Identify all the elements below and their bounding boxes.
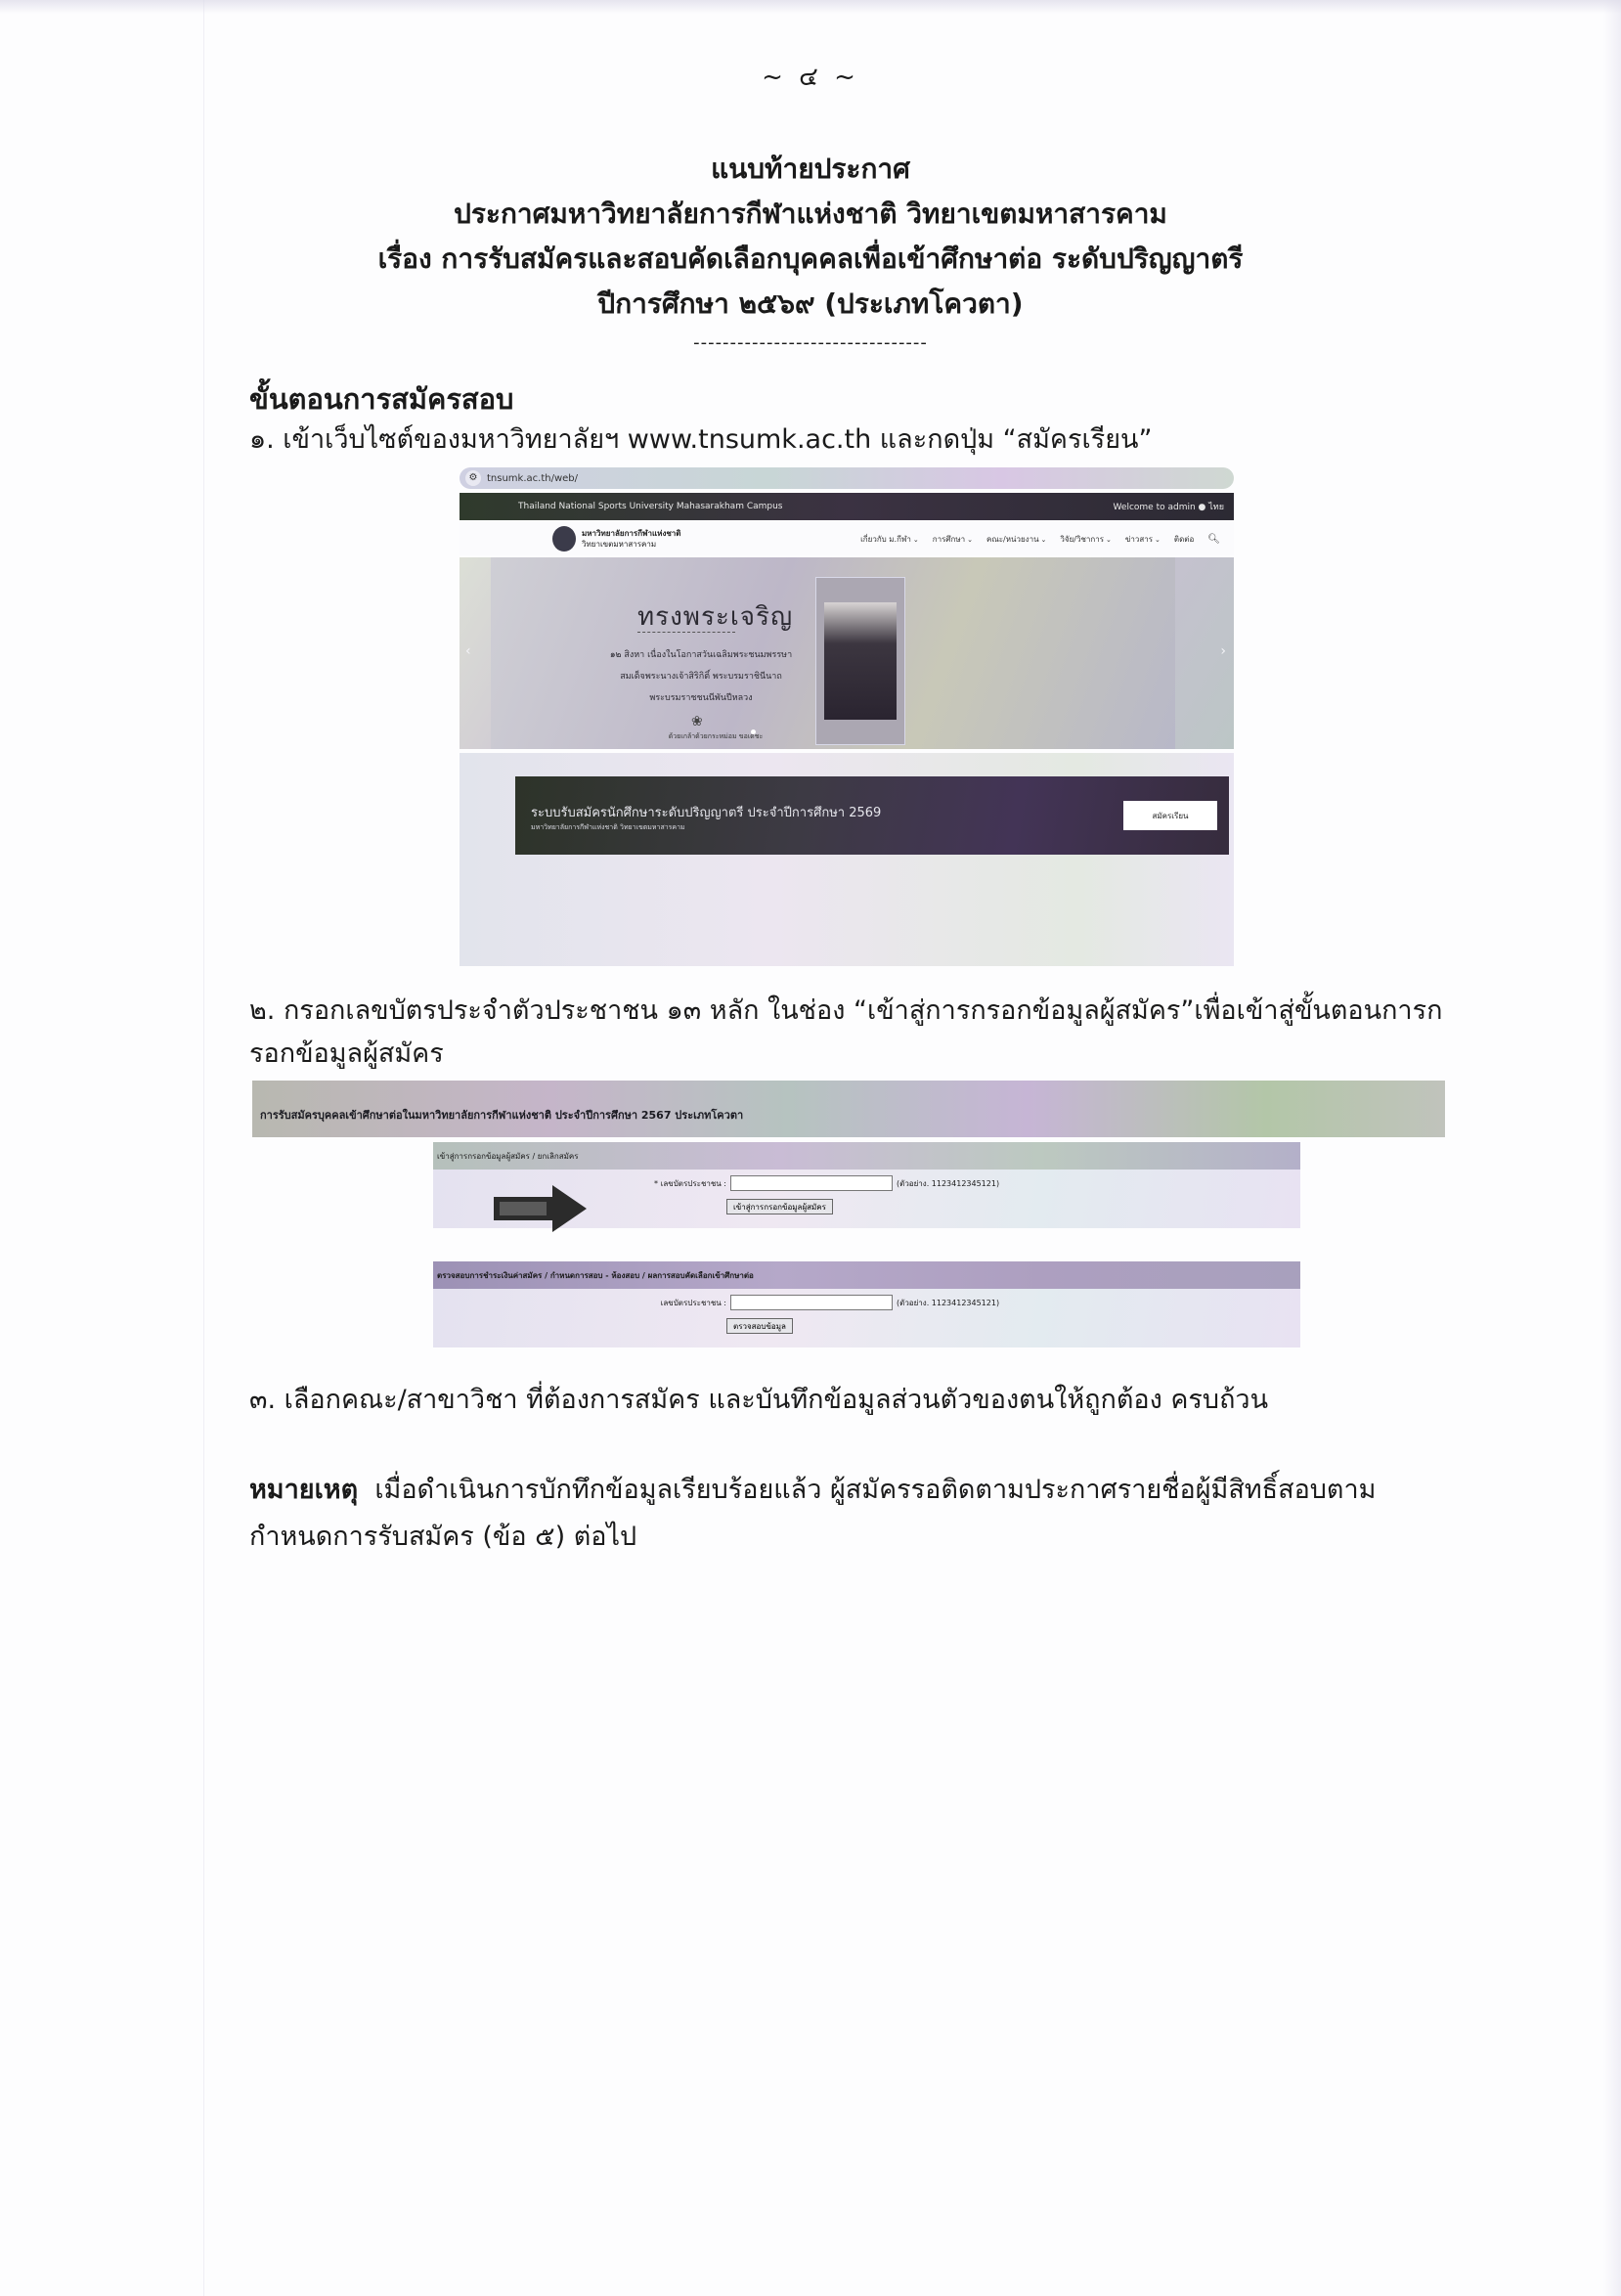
heading-announcement: ประกาศมหาวิทยาลัยการกีฬาแห่งชาติ วิทยาเข… (0, 192, 1621, 237)
portrait-image (824, 602, 897, 720)
site-settings-icon[interactable]: ⚙ (465, 470, 481, 486)
apply-banner: ระบบรับสมัครนักศึกษาระดับปริญญาตรี ประจำ… (515, 776, 1229, 855)
chevron-down-icon: ⌄ (1106, 536, 1112, 544)
national-id-input[interactable] (730, 1175, 893, 1191)
browser-url-bar[interactable]: ⚙ tnsumk.ac.th/web/ (460, 467, 1234, 489)
id-example: (ตัวอย่าง. 1123412345121) (897, 1177, 999, 1190)
heading-attachment: แนบท้ายประกาศ (0, 147, 1621, 192)
heading-subject: เรื่อง การรับสมัครและสอบคัดเลือกบุคคลเพื… (0, 237, 1621, 282)
hero-divider (637, 632, 735, 633)
hero-carousel: ทรงพระเจริญ ๑๒ สิงหา เนื่องในโอกาสวันเฉล… (460, 557, 1234, 749)
apply-subtitle: มหาวิทยาลัยการกีฬาแห่งชาติ วิทยาเขตมหาสา… (531, 822, 685, 833)
apply-button[interactable]: สมัครเรียน (1123, 801, 1217, 830)
chevron-down-icon: ⌄ (1041, 536, 1047, 544)
language-switch[interactable]: ไทย (1208, 503, 1224, 512)
apply-title: ระบบรับสมัครนักศึกษาระดับปริญญาตรี ประจำ… (531, 802, 881, 822)
step-3: ๓. เลือกคณะ/สาขาวิชา ที่ต้องการสมัคร และ… (249, 1379, 1462, 1422)
hero-signature: ด้วยเกล้าด้วยกระหม่อม ขอเดชะ (618, 731, 813, 742)
page-number: ~ ๔ ~ (0, 57, 1621, 97)
panel-a-header: เข้าสู่การกรอกข้อมูลผู้สมัคร / ยกเลิกสมั… (433, 1142, 1300, 1170)
arrow-right-icon (494, 1185, 587, 1232)
welcome-area: Welcome to admin ● ไทย (1114, 500, 1224, 513)
brand-line2: วิทยาเขตมหาสารคาม (582, 539, 680, 550)
hero-title: ทรงพระเจริญ (637, 596, 793, 637)
chevron-down-icon: ⌄ (913, 536, 919, 544)
heading-year: ปีการศึกษา ๒๕๖๙ (ประเภทโควตา) (0, 282, 1621, 327)
user-icon[interactable]: ● (1199, 503, 1209, 512)
website-screenshot: ⚙ tnsumk.ac.th/web/ Thailand National Sp… (460, 467, 1234, 966)
step-2: ๒. กรอกเลขบัตรประจำตัวประชาชน ๑๓ หลัก ใน… (249, 990, 1462, 1076)
check-data-button[interactable]: ตรวจสอบข้อมูล (726, 1318, 793, 1334)
nav-item-research[interactable]: วิจัย/วิชาการ⌄ (1060, 533, 1111, 546)
welcome-text: Welcome to admin (1114, 503, 1196, 512)
flower-ornament-icon: ❀ (691, 714, 703, 729)
site-top-strip: Thailand National Sports University Maha… (460, 493, 1234, 520)
enter-applicant-form-button[interactable]: เข้าสู่การกรอกข้อมูลผู้สมัคร (726, 1199, 833, 1214)
brand-name: มหาวิทยาลัยการกีฬาแห่งชาติ วิทยาเขตมหาสา… (582, 528, 680, 550)
form-banner: การรับสมัครบุคคลเข้าศึกษาต่อในมหาวิทยาลั… (252, 1081, 1445, 1137)
nav-item-contact[interactable]: ติดต่อ (1174, 533, 1194, 546)
note-label: หมายเหตุ (249, 1475, 358, 1505)
chevron-down-icon: ⌄ (967, 536, 973, 544)
carousel-indicator[interactable] (751, 729, 756, 734)
nav-menu: เกี่ยวกับ ม.กีฬา⌄ การศึกษา⌄ คณะ/หน่วยงาน… (860, 533, 1220, 546)
id-example: (ตัวอย่าง. 1123412345121) (897, 1297, 999, 1309)
id-label: เลขบัตรประชาชน : (433, 1297, 726, 1309)
form-banner-text: การรับสมัครบุคคลเข้าศึกษาต่อในมหาวิทยาลั… (260, 1106, 743, 1124)
note: หมายเหตุ เมื่อดำเนินการบักทึกข้อมูลเรียบ… (249, 1467, 1462, 1561)
section-title: ขั้นตอนการสมัครสอบ (249, 376, 513, 421)
nav-item-news[interactable]: ข่าวสาร⌄ (1125, 533, 1161, 546)
portrait-frame (815, 577, 905, 745)
nav-item-education[interactable]: การศึกษา⌄ (933, 533, 973, 546)
brand-line1: มหาวิทยาลัยการกีฬาแห่งชาติ (582, 528, 680, 539)
hero-slide: ทรงพระเจริญ ๑๒ สิงหา เนื่องในโอกาสวันเฉล… (491, 557, 1175, 749)
hero-line-3: พระบรมราชชนนีพันปีหลวง (579, 690, 823, 704)
campus-name: Thailand National Sports University Maha… (518, 502, 783, 511)
scan-top-shade (0, 0, 1621, 14)
heading-divider: -------------------------------- (0, 332, 1621, 353)
step-1: ๑. เข้าเว็บไซต์ของมหาวิทยาลัยฯ www.tnsum… (249, 419, 1462, 462)
document-heading: แนบท้ายประกาศ ประกาศมหาวิทยาลัยการกีฬาแห… (0, 147, 1621, 353)
note-text: เมื่อดำเนินการบักทึกข้อมูลเรียบร้อยแล้ว … (249, 1475, 1376, 1552)
check-status-panel: ตรวจสอบการชำระเงินค่าสมัคร / กำหนดการสอบ… (433, 1261, 1300, 1347)
check-id-input[interactable] (730, 1295, 893, 1310)
university-logo[interactable] (552, 526, 576, 552)
nav-item-faculties[interactable]: คณะ/หน่วยงาน⌄ (986, 533, 1046, 546)
id-row: เลขบัตรประชาชน : (ตัวอย่าง. 112341234512… (433, 1295, 1300, 1310)
chevron-down-icon: ⌄ (1155, 536, 1161, 544)
nav-item-about[interactable]: เกี่ยวกับ ม.กีฬา⌄ (860, 533, 919, 546)
carousel-prev-icon[interactable]: ‹ (465, 643, 471, 659)
carousel-next-icon[interactable]: › (1220, 643, 1226, 659)
panel-b-header: ตรวจสอบการชำระเงินค่าสมัคร / กำหนดการสอบ… (433, 1261, 1300, 1289)
hero-line-1: ๑๒ สิงหา เนื่องในโอกาสวันเฉลิมพระชนมพรรษ… (579, 647, 823, 661)
url-text: tnsumk.ac.th/web/ (487, 473, 578, 484)
search-icon[interactable]: 🔍︎ (1207, 534, 1220, 545)
site-navbar: มหาวิทยาลัยการกีฬาแห่งชาติ วิทยาเขตมหาสา… (460, 522, 1234, 555)
hero-line-2: สมเด็จพระนางเจ้าสิริกิติ์ พระบรมราชินีนา… (579, 669, 823, 683)
